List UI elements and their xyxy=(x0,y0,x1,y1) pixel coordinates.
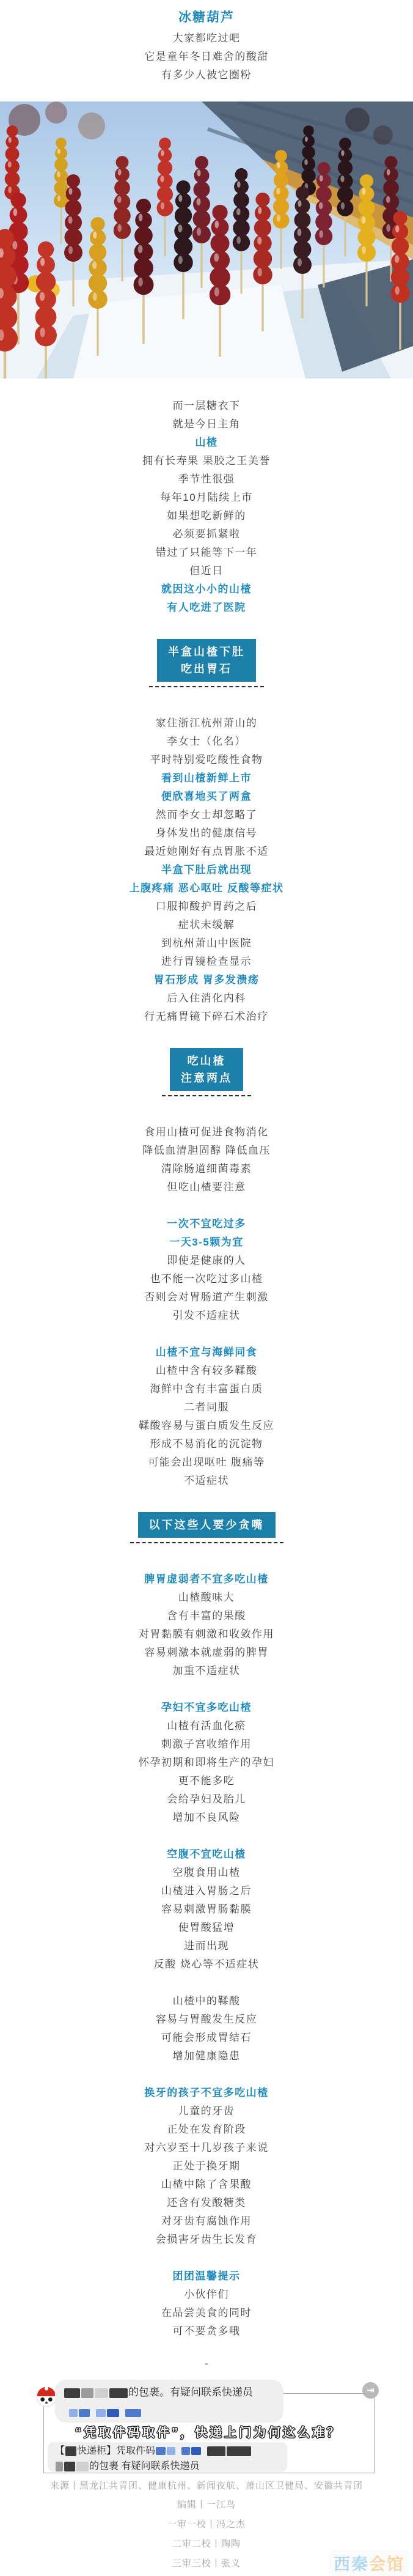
censored-block xyxy=(76,2462,89,2471)
text-line: 加重不适症状 xyxy=(0,1662,413,1680)
text-line: 形成不易消化的沉淀物 xyxy=(0,1435,413,1453)
text-line: 也不能一次吃过多山楂 xyxy=(0,1270,413,1288)
text-line: 儿童的牙齿 xyxy=(0,2102,413,2120)
text-line: 身体发出的健康信号 xyxy=(0,824,413,843)
text-line: 含有丰富的果酸 xyxy=(0,1607,413,1625)
censored-block xyxy=(227,2446,251,2456)
text-line: 家住浙江杭州萧山的 xyxy=(0,714,413,733)
text-line: 口服抑酸护胃药之后 xyxy=(0,898,413,916)
highlight-line: 孕妇不宜多吃山楂 xyxy=(0,1699,413,1717)
callout-box-line: 注意两点 xyxy=(181,1069,232,1087)
text-line: 在品尝美食的同时 xyxy=(0,2304,413,2322)
highlight-line: 看到山楂新鲜上市 xyxy=(0,769,413,788)
text-line: 食用山楂可促进食物消化 xyxy=(0,1123,413,1142)
callout-box-line: 吃出胃石 xyxy=(168,660,245,677)
text-line: 容易刺激本就虚弱的脾胃 xyxy=(0,1644,413,1662)
highlight-line: 空腹不宜吃山楂 xyxy=(0,1845,413,1864)
text-line: 山楂酸味大 xyxy=(0,1589,413,1607)
callout-box-inner: 吃山楂注意两点 xyxy=(170,1048,243,1096)
callout-box: 吃山楂注意两点 xyxy=(0,1048,413,1096)
censored-block xyxy=(64,2388,80,2398)
censored-block xyxy=(81,2388,93,2398)
text-line: 对六岁至十几岁孩子来说 xyxy=(0,2139,413,2157)
censored-block xyxy=(56,2462,63,2471)
tanghulu-photo xyxy=(0,101,413,378)
callout-box-line: 以下这些人要少贪嘴 xyxy=(149,1516,265,1533)
text-line: 正处在发育阶段 xyxy=(0,2120,413,2139)
text-line: 还含有发酸糖类 xyxy=(0,2194,413,2212)
text-line: 正处于换牙期 xyxy=(0,2157,413,2176)
text-line: 小伙伴们 xyxy=(0,2286,413,2304)
text-line: 海鲜中含有丰富蛋白质 xyxy=(0,1380,413,1398)
text-line: 空腹食用山楂 xyxy=(0,1864,413,1882)
text-line: 怀孕初期和即将生产的孕妇 xyxy=(0,1754,413,1772)
highlight-line: 便欣喜地买了两盒 xyxy=(0,788,413,806)
highlight-line: 换牙的孩子不宜多吃山楂 xyxy=(0,2084,413,2102)
text-line: 不适症状 xyxy=(0,1472,413,1490)
article-page: 冰糖葫芦大家都吃过吧它是童年冬日难舍的酸甜有多少人被它圈粉 xyxy=(0,0,413,2576)
text-line: 鞣酸容易与蛋白质发生反应 xyxy=(0,1417,413,1435)
text-line: 错过了只能等下一年 xyxy=(0,544,413,562)
watermark: 西秦会馆 xyxy=(329,2550,409,2576)
text-line: 增加不良风险 xyxy=(0,1809,413,1827)
highlight-line: 有人吃进了医院 xyxy=(0,599,413,617)
article-title: 冰糖葫芦 xyxy=(0,0,413,29)
highlight-line: 胃石形成 胃多发溃疡 xyxy=(0,971,413,989)
text-line: 使胃酸猛增 xyxy=(0,1919,413,1937)
text-line: 刺激子宫收缩作用 xyxy=(0,1735,413,1754)
text-line: 就是今日主角 xyxy=(0,415,413,434)
paragraph-gap xyxy=(0,2065,413,2084)
source-line: 来源丨黑龙江共青团、健康杭州、新闻夜航、萧山区卫健局、安徽共青团 xyxy=(0,2477,413,2495)
text-line: 而一层糖衣下 xyxy=(0,397,413,415)
sms-bubble-2-line2: 的包裹 有疑问联系快递员 xyxy=(55,2459,280,2472)
paragraph-gap xyxy=(0,1827,413,1845)
text-line: 它是童年冬日难舍的酸甜 xyxy=(0,48,413,66)
censored-block xyxy=(65,2446,76,2456)
dashed-underline xyxy=(149,686,264,687)
highlight-line: 上腹疼痛 恶心呕吐 反酸等症状 xyxy=(0,879,413,898)
callout-box: 半盒山楂下肚吃出胃石 xyxy=(0,639,413,687)
promo-banner: ⇥ 的包裹。有疑问联系快递员 “凭取件码取件”，快递上门为何这么难？ 【快递柜】… xyxy=(0,2380,413,2473)
censored-block xyxy=(64,2462,75,2471)
censored-block xyxy=(181,2447,190,2455)
highlight-line: 就因这小小的山楂 xyxy=(0,580,413,599)
text-line: 会损害牙齿生长发育 xyxy=(0,2231,413,2249)
text-line: 季节性很强 xyxy=(0,470,413,489)
highlight-line: 团团温馨提示 xyxy=(0,2267,413,2286)
censored-block xyxy=(69,2409,78,2417)
paragraph-gap xyxy=(0,1680,413,1699)
text-line: 进行胃镜检查显示 xyxy=(0,953,413,971)
text-line: 如果想吃新鲜的 xyxy=(0,507,413,525)
dashed-underline xyxy=(162,1095,251,1096)
text-line: 有多少人被它圈粉 xyxy=(0,66,413,84)
text-line: 山楂进入胃肠之后 xyxy=(0,1882,413,1900)
text-line: 大家都吃过吧 xyxy=(0,29,413,48)
sms-bubble-1-line1: 的包裹。有疑问联系快递员 xyxy=(64,2384,275,2401)
article-body: 而一层糖衣下就是今日主角山楂拥有长寿果 果胶之王美誉季节性很强每年10月陆续上市… xyxy=(0,397,413,2372)
watermark-part1: 西秦 xyxy=(334,2555,369,2574)
text-line: 李女士（化名） xyxy=(0,733,413,751)
text-line: 平时特别爱吃酸性食物 xyxy=(0,751,413,769)
text-line: 后入住消化内科 xyxy=(0,989,413,1008)
text-line: 拥有长寿果 果胶之王美誉 xyxy=(0,452,413,470)
text-line: 山楂中除了含果酸 xyxy=(0,2176,413,2194)
text-line: 否则会对胃肠道产生刺激 xyxy=(0,1288,413,1307)
text-line: 降低血清胆固醇 降低血压 xyxy=(0,1142,413,1160)
censored-block xyxy=(167,2447,175,2455)
text-line: 到杭州萧山中医院 xyxy=(0,934,413,953)
sms-bubble-2: 【快递柜】凭取件码 的包裹 有疑问联系快递员 xyxy=(48,2442,287,2472)
paragraph-gap xyxy=(0,1197,413,1215)
censored-block xyxy=(125,2409,141,2417)
text-line: 容易刺激胃肠黏膜 xyxy=(0,1900,413,1919)
highlight-line: 山楂 xyxy=(0,434,413,452)
text-line: 山楂中的鞣酸 xyxy=(0,1992,413,2010)
dashed-underline xyxy=(130,1542,283,1543)
paragraph-gap xyxy=(0,2249,413,2267)
text-line: 增加健康隐患 xyxy=(0,2047,413,2065)
text-line: 症状未缓解 xyxy=(0,916,413,934)
credit-review-1: 一审一校丨冯之杰 xyxy=(0,2515,413,2534)
text-line: 对胃黏膜有刺激和收敛作用 xyxy=(0,1625,413,1644)
text-line: 但吃山楂要注意 xyxy=(0,1178,413,1197)
watermark-part2: 会馆 xyxy=(369,2555,404,2574)
text-line: 可不要贪多哦 xyxy=(0,2322,413,2341)
sms-text: 的包裹。有疑问联系快递员 xyxy=(128,2386,253,2398)
text-line: 反酸 烧心等不适症状 xyxy=(0,1955,413,1974)
callout-box-inner: 以下这些人要少贪嘴 xyxy=(138,1512,276,1543)
censored-block xyxy=(207,2446,225,2456)
censored-block xyxy=(109,2388,128,2398)
text-line: 更不能多吃 xyxy=(0,1772,413,1790)
text-line: 会给孕妇及胎儿 xyxy=(0,1790,413,1809)
sms-bubble-2-line1: 【快递柜】凭取件码 xyxy=(55,2443,280,2459)
callout-box: 以下这些人要少贪嘴 xyxy=(0,1512,413,1543)
sms-bubble-1-line2 xyxy=(68,2404,275,2421)
text-line: 山楂中含有较多鞣酸 xyxy=(0,1362,413,1380)
promo-headline: “凭取件码取件”，快递上门为何这么难？ xyxy=(43,2423,373,2440)
text-line: 即使是健康的人 xyxy=(0,1252,413,1270)
intro-section: 冰糖葫芦大家都吃过吧它是童年冬日难舍的酸甜有多少人被它圈粉 xyxy=(0,0,413,84)
text-line: 必须要抓紧啦 xyxy=(0,525,413,544)
text-line: 每年10月陆续上市 xyxy=(0,489,413,507)
highlight-line: 脾胃虚弱者不宜多吃山楂 xyxy=(0,1570,413,1589)
text-line: 进而出现 xyxy=(0,1937,413,1955)
callout-box-panel: 半盒山楂下肚吃出胃石 xyxy=(157,639,256,682)
censored-block xyxy=(191,2447,201,2455)
highlight-line: 半盒下肚后就出现 xyxy=(0,861,413,879)
text-line: 然而李女士却忽略了 xyxy=(0,806,413,824)
text-line: 引发不适症状 xyxy=(0,1307,413,1325)
text-line: 容易与胃酸发生反应 xyxy=(0,2010,413,2029)
enter-link-icon[interactable]: ⇥ xyxy=(362,2382,379,2399)
credit-editor: 编辑丨一江鸟 xyxy=(0,2495,413,2515)
text-line: 最近她刚好有点胃胀不适 xyxy=(0,843,413,861)
highlight-line: 一天3-5颗为宜 xyxy=(0,1233,413,1252)
callout-box-panel: 吃山楂注意两点 xyxy=(170,1048,243,1091)
paragraph-gap xyxy=(0,1974,413,1992)
highlight-line: 山楂不宜与海鲜同食 xyxy=(0,1343,413,1362)
callout-box-line: 半盒山楂下肚 xyxy=(168,643,245,660)
text-line: 可能会形成胃结石 xyxy=(0,2029,413,2047)
censored-block xyxy=(95,2388,108,2398)
text-line: 清除肠道细菌毒素 xyxy=(0,1160,413,1178)
callout-box-line: 吃山楂 xyxy=(181,1052,232,1069)
callout-box-panel: 以下这些人要少贪嘴 xyxy=(138,1512,276,1538)
sms-bubble-1: 的包裹。有疑问联系快递员 xyxy=(55,2380,283,2423)
text-line: 对牙齿有腐蚀作用 xyxy=(0,2212,413,2231)
text-line: 但近日 xyxy=(0,562,413,580)
callout-box-inner: 半盒山楂下肚吃出胃石 xyxy=(157,639,256,687)
paragraph-gap xyxy=(0,1325,413,1343)
text-line: 山楂有活血化瘀 xyxy=(0,1717,413,1735)
separator-dash: - xyxy=(0,2354,413,2372)
censored-block xyxy=(156,2447,166,2455)
censored-block xyxy=(96,2409,106,2417)
text-line: 行无痛胃镜下碎石术治疗 xyxy=(0,1008,413,1026)
text-line: 二者同服 xyxy=(0,1398,413,1417)
censored-block xyxy=(79,2409,90,2417)
highlight-line: 一次不宜吃过多 xyxy=(0,1215,413,1233)
censored-block xyxy=(107,2409,119,2417)
text-line: 可能会出现呕吐 腹痛等 xyxy=(0,1453,413,1472)
